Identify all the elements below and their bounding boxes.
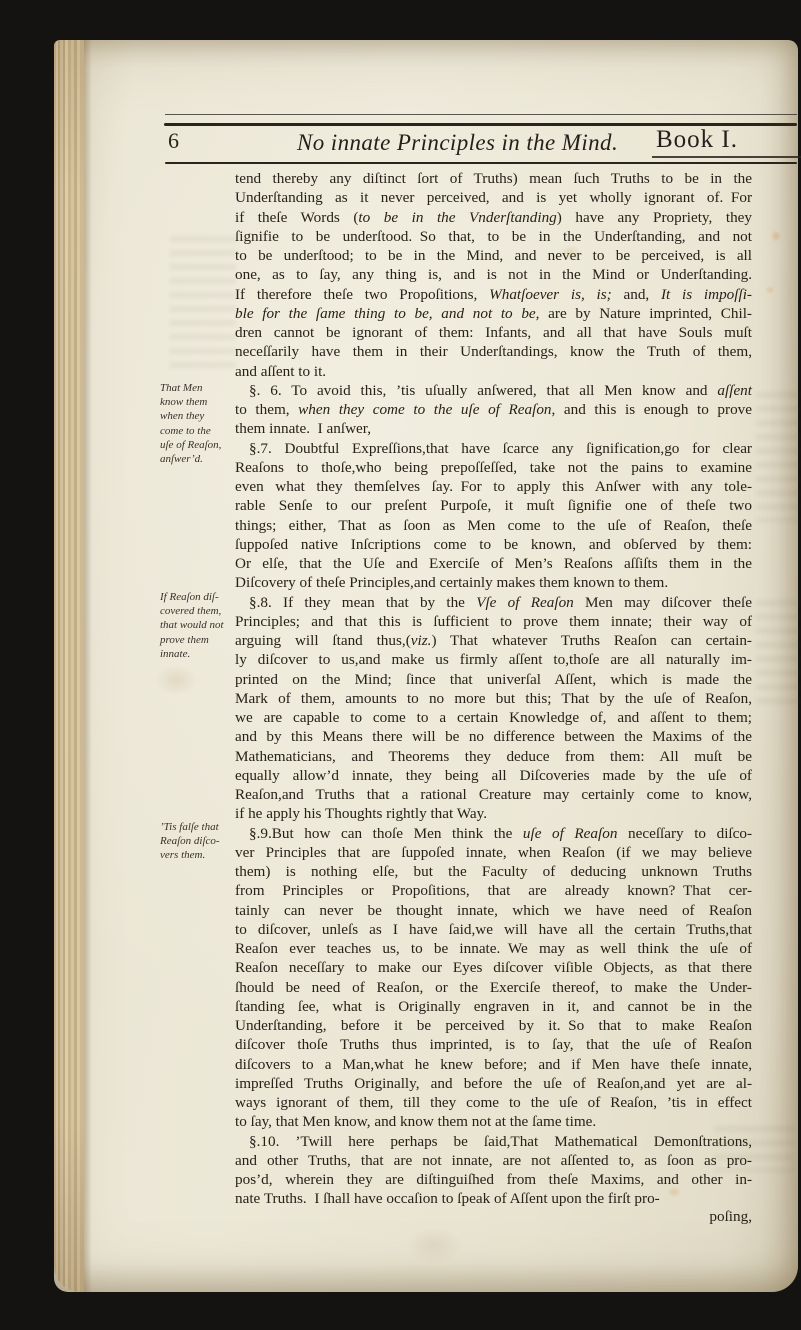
roman-text: ly diſcover to us,and make us firmly aſſ…	[235, 651, 752, 668]
text-line: to diſcover, unleſs as I have ſaid,we wi…	[235, 920, 752, 939]
margin-note-line: innate.	[160, 647, 232, 661]
margin-note-line: uſe of Reaſon,	[160, 438, 232, 452]
roman-text: to diſcover, unleſs as I have ſaid,we wi…	[235, 921, 752, 938]
text-line: arguing will ſtand thus,(viz.) That what…	[235, 631, 752, 650]
text-line: Reaſon neceſſary to make our Eyes diſcov…	[235, 958, 752, 977]
text-line: Mark of them, amounts to no more but thi…	[235, 689, 752, 708]
text-line: §.9.But how can thoſe Men think the uſe …	[235, 824, 752, 843]
text-line: ſignifie to be underſtood. So that, to b…	[235, 227, 752, 246]
roman-text: §.10. ’Twill here perhaps be ſaid,That M…	[249, 1133, 752, 1150]
text-line: §.8. If they mean that by the Vſe of Rea…	[235, 593, 752, 612]
margin-note: If Reaſon diſ-covered them,that would no…	[160, 590, 232, 661]
text-line: tainly can never be thought innate, whic…	[235, 901, 752, 920]
text-line: even what they themſelves ſay. For to ap…	[235, 477, 752, 496]
roman-text: Reaſon neceſſary to make our Eyes diſcov…	[235, 959, 752, 976]
roman-text: , and this is enough to prove	[552, 401, 752, 418]
text-line: Reaſon ever teaches us, to be innate. We…	[235, 939, 752, 958]
roman-text: diſcover thoſe Truths thus imprinted, is…	[235, 1036, 752, 1053]
book-label: Book I.	[656, 126, 738, 154]
roman-text: ways ignorant of them, till they come to…	[235, 1094, 752, 1111]
margin-note: ’Tis falſe thatReaſon diſco-vers them.	[160, 820, 232, 863]
roman-text: ſuppoſed native Inſcriptions come to be …	[235, 536, 752, 553]
roman-text: impreſſed Truths Originally, and before …	[235, 1075, 752, 1092]
margin-note-line: covered them,	[160, 604, 232, 618]
italic-text: uſe of Reaſon	[523, 825, 618, 842]
italic-text: aſſent	[717, 382, 752, 399]
text-line: Principles; and that this is ſufficient …	[235, 612, 752, 631]
margin-note-line: Reaſon diſco-	[160, 834, 232, 848]
paragraph: §.10. ’Twill here perhaps be ſaid,That M…	[235, 1132, 752, 1209]
italic-text: when they come to the uſe of Reaſon	[298, 401, 551, 418]
italic-text: It is impoſſi-	[661, 286, 752, 303]
text-line: impreſſed Truths Originally, and before …	[235, 1074, 752, 1093]
roman-text: and aſſent to it.	[235, 363, 326, 380]
roman-text: and other Truths, that are not innate, a…	[235, 1152, 752, 1169]
book-page: 6 No innate Principles in the Mind. Book…	[54, 40, 798, 1292]
margin-note-line: come to the	[160, 424, 232, 438]
roman-text: nate Truths. I ſhall have occaſion to ſp…	[235, 1190, 660, 1207]
margin-note-line: ’Tis falſe that	[160, 820, 232, 834]
roman-text: Or elſe, that the Uſe and Exerciſe of Me…	[235, 555, 752, 572]
roman-text: we are capable to come to a certain Know…	[235, 709, 752, 726]
page-left-deckle-edge	[54, 40, 84, 1292]
text-line: them innate. I anſwer,	[235, 419, 752, 438]
roman-text: ſignifie to be underſtood. So that, to b…	[235, 228, 752, 245]
text-line: §. 6. To avoid this, ’tis uſually anſwer…	[235, 381, 752, 400]
text-line: if theſe Words (to be in the Vnderſtandi…	[235, 208, 752, 227]
roman-text: them) is nothing elſe, but the Faculty o…	[235, 863, 752, 880]
header-rule-thin	[165, 114, 797, 115]
roman-text: one, as to ſay, any thing is, and is not…	[235, 266, 752, 283]
roman-text: diſcovers to a Man,what he knew before; …	[235, 1056, 752, 1073]
paragraph: §.7. Doubtful Expreſſions,that have ſcar…	[235, 439, 752, 593]
roman-text: tend thereby any diſtinct ſort of Truths…	[235, 170, 752, 187]
text-line: ſuppoſed native Inſcriptions come to be …	[235, 535, 752, 554]
paragraph: §. 6. To avoid this, ’tis uſually anſwer…	[235, 381, 752, 439]
roman-text: Underſtanding as it never perceived, and…	[235, 189, 752, 206]
text-line: neceſſarily have them in their Underſtan…	[235, 342, 752, 361]
roman-text: ſhould be need of Reaſon, or the Exerciſ…	[235, 979, 752, 996]
roman-text: ſtanding ſee, what is Originally engrave…	[235, 998, 752, 1015]
text-line: ways ignorant of them, till they come to…	[235, 1093, 752, 1112]
roman-text: rable Senſe to our preſent Purpoſe, it m…	[235, 497, 752, 514]
text-line: to them, when they come to the uſe of Re…	[235, 400, 752, 419]
text-line: to be underſtood; to be in the Mind, and…	[235, 246, 752, 265]
roman-text: Mark of them, amounts to no more but thi…	[235, 690, 752, 707]
margin-note-line: anſwer’d.	[160, 452, 232, 466]
roman-text: ) have any Propriety, they	[557, 209, 752, 226]
text-line: ly diſcover to us,and make us firmly aſſ…	[235, 650, 752, 669]
margin-note-line: when they	[160, 409, 232, 423]
running-title: No innate Principles in the Mind.	[297, 130, 618, 156]
roman-text: printed on the Mind; ſince that univerſa…	[235, 671, 752, 688]
text-line: nate Truths. I ſhall have occaſion to ſp…	[235, 1189, 752, 1208]
text-line: pos’d, wherein they are diſtinguiſhed fr…	[235, 1170, 752, 1189]
roman-text: Reaſon ever teaches us, to be innate. We…	[235, 940, 752, 957]
text-line: Or elſe, that the Uſe and Exerciſe of Me…	[235, 554, 752, 573]
text-line: §.7. Doubtful Expreſſions,that have ſcar…	[235, 439, 752, 458]
roman-text: things; either, That as ſoon as Men come…	[235, 517, 752, 534]
show-through-smudge	[756, 600, 800, 710]
text-line: ble for the ſame thing to be, and not to…	[235, 304, 752, 323]
show-through-smudge	[756, 392, 800, 522]
roman-text: if he apply his Thoughts rightly that Wa…	[235, 805, 487, 822]
roman-text: and,	[612, 286, 661, 303]
roman-text: neceſſarily have them in their Underſtan…	[235, 343, 752, 360]
text-line: equally allow’d innate, they being all D…	[235, 766, 752, 785]
roman-text: from Principles or Propoſitions, that ar…	[235, 882, 752, 899]
text-line: Underſtanding, before it be perceived by…	[235, 1016, 752, 1035]
roman-text: dren cannot be ignorant of them: Infants…	[235, 324, 752, 341]
header-rule-under-book-label	[652, 156, 801, 158]
text-line: Reaſon,and Truths that a rational Creatu…	[235, 785, 752, 804]
text-line: we are capable to come to a certain Know…	[235, 708, 752, 727]
text-line: ſtanding ſee, what is Originally engrave…	[235, 997, 752, 1016]
margin-note-line: That Men	[160, 381, 232, 395]
text-line: one, as to ſay, any thing is, and is not…	[235, 265, 752, 284]
roman-text: them innate. I anſwer,	[235, 420, 371, 437]
text-line: from Principles or Propoſitions, that ar…	[235, 881, 752, 900]
margin-note-line: know them	[160, 395, 232, 409]
margin-note: That Menknow themwhen theycome to theuſe…	[160, 381, 232, 466]
roman-text: If therefore theſe two Propoſitions,	[235, 286, 489, 303]
catchword: poſing,	[235, 1208, 752, 1226]
text-line: them) is nothing elſe, but the Faculty o…	[235, 862, 752, 881]
roman-text: §.9.But how can thoſe Men think the	[249, 825, 523, 842]
paragraph: tend thereby any diſtinct ſort of Truths…	[235, 169, 752, 381]
roman-text: pos’d, wherein they are diſtinguiſhed fr…	[235, 1171, 752, 1188]
paragraph: §.9.But how can thoſe Men think the uſe …	[235, 824, 752, 1132]
paragraph: §.8. If they mean that by the Vſe of Rea…	[235, 593, 752, 824]
text-line: Reaſons to thoſe,who being prepoſſeſſed,…	[235, 458, 752, 477]
roman-text: §.7. Doubtful Expreſſions,that have ſcar…	[249, 440, 752, 457]
roman-text: ver Principles that are ſuppoſed innate,…	[235, 844, 752, 861]
roman-text: Men may diſcover theſe	[574, 594, 752, 611]
text-line: and aſſent to it.	[235, 362, 752, 381]
roman-text: to ſay, that Men know, and know them not…	[235, 1113, 596, 1130]
text-line: ver Principles that are ſuppoſed innate,…	[235, 843, 752, 862]
roman-text: if theſe Words (	[235, 209, 358, 226]
margin-note-line: prove them	[160, 633, 232, 647]
italic-text: ble for the ſame thing to be, and not to…	[235, 305, 539, 322]
roman-text: Reaſon,and Truths that a rational Creatu…	[235, 786, 752, 803]
body-text-column: tend thereby any diſtinct ſort of Truths…	[235, 169, 752, 1209]
roman-text: are by Nature imprinted, Chil-	[539, 305, 752, 322]
page-number: 6	[168, 128, 179, 154]
roman-text: tainly can never be thought innate, whic…	[235, 902, 752, 919]
text-line: and by this Means there will be no diffe…	[235, 727, 752, 746]
text-line: to ſay, that Men know, and know them not…	[235, 1112, 752, 1131]
show-through-smudge	[170, 236, 236, 376]
roman-text: Mathematicians, and Theorems they deduce…	[235, 748, 752, 765]
text-line: Mathematicians, and Theorems they deduce…	[235, 747, 752, 766]
text-line: Diſcovery of theſe Principles,and certai…	[235, 573, 752, 592]
roman-text: Underſtanding, before it be perceived by…	[235, 1017, 752, 1034]
text-line: diſcover thoſe Truths thus imprinted, is…	[235, 1035, 752, 1054]
roman-text: and by this Means there will be no diffe…	[235, 728, 752, 745]
margin-note-line: vers them.	[160, 848, 232, 862]
text-line: Underſtanding as it never perceived, and…	[235, 188, 752, 207]
text-line: tend thereby any diſtinct ſort of Truths…	[235, 169, 752, 188]
roman-text: Reaſons to thoſe,who being prepoſſeſſed,…	[235, 459, 752, 476]
italic-text: Vſe of Reaſon	[476, 594, 574, 611]
roman-text: Principles; and that this is ſufficient …	[235, 613, 752, 630]
roman-text: even what they themſelves ſay. For to ap…	[235, 478, 752, 495]
text-line: if he apply his Thoughts rightly that Wa…	[235, 804, 752, 823]
text-line: If therefore theſe two Propoſitions, Wha…	[235, 285, 752, 304]
italic-text: viz.	[411, 632, 432, 649]
margin-note-line: If Reaſon diſ-	[160, 590, 232, 604]
italic-text: Whatſoever is, is;	[489, 286, 612, 303]
text-line: things; either, That as ſoon as Men come…	[235, 516, 752, 535]
roman-text: §.8. If they mean that by the	[249, 594, 476, 611]
roman-text: equally allow’d innate, they being all D…	[235, 767, 752, 784]
italic-text: to be in the Vnderſtanding	[358, 209, 556, 226]
margin-note-line: that would not	[160, 618, 232, 632]
roman-text: to them,	[235, 401, 298, 418]
roman-text: §. 6. To avoid this, ’tis uſually anſwer…	[249, 382, 717, 399]
text-line: rable Senſe to our preſent Purpoſe, it m…	[235, 496, 752, 515]
text-line: §.10. ’Twill here perhaps be ſaid,That M…	[235, 1132, 752, 1151]
header-rule-bottom	[165, 162, 797, 164]
roman-text: Diſcovery of theſe Principles,and certai…	[235, 574, 668, 591]
roman-text: neceſſary to diſco-	[617, 825, 752, 842]
text-line: diſcovers to a Man,what he knew before; …	[235, 1055, 752, 1074]
roman-text: ) That whatever Truths Reaſon can certai…	[431, 632, 752, 649]
text-line: dren cannot be ignorant of them: Infants…	[235, 323, 752, 342]
roman-text: arguing will ſtand thus,(	[235, 632, 411, 649]
text-line: printed on the Mind; ſince that univerſa…	[235, 670, 752, 689]
roman-text: to be underſtood; to be in the Mind, and…	[235, 247, 752, 264]
text-line: ſhould be need of Reaſon, or the Exerciſ…	[235, 978, 752, 997]
text-line: and other Truths, that are not innate, a…	[235, 1151, 752, 1170]
